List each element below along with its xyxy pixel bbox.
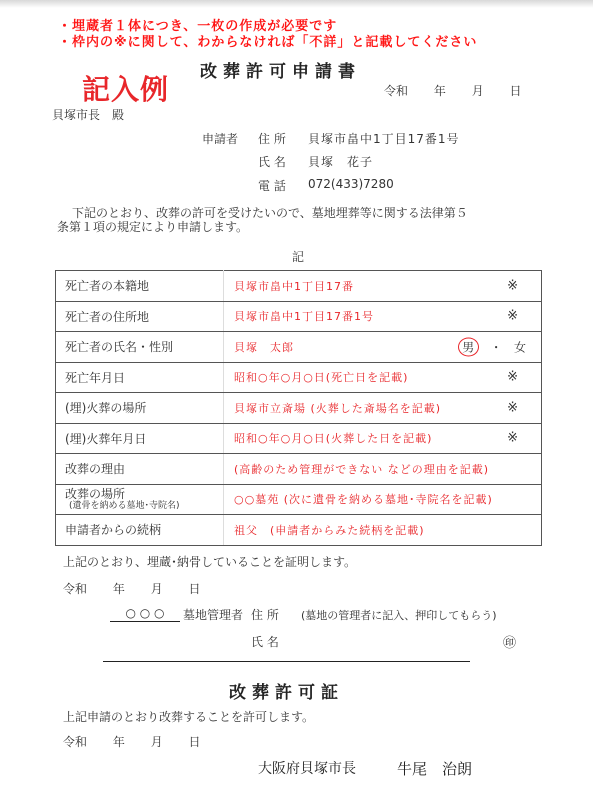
row-value: ○○墓苑 (次に遺骨を納める墓地･寺院名を記載) [224, 484, 542, 515]
date-year: 年 [113, 735, 125, 749]
date-year: 年 [113, 582, 125, 596]
gender-male-circled: 男 [458, 337, 479, 356]
row-value-text: 昭和○年○月○日(火葬した日を記載) [234, 432, 432, 445]
applicant-label: 申請者 [202, 130, 238, 147]
date-era: 令和 [63, 735, 87, 749]
ki-label: 記 [292, 248, 304, 265]
applicant-address: 貝塚市畠中1丁目17番1号 [308, 130, 460, 147]
unknown-mark: ※ [507, 278, 519, 293]
table-row: 死亡者の氏名・性別 貝塚 太郎 男 ・ 女 [56, 332, 542, 363]
permit-date: 令和 年 月 日 [63, 733, 201, 750]
addressee: 貝塚市長 殿 [52, 106, 124, 123]
row-label: 改葬の場所 (遺骨を納める墓地･寺院名) [56, 484, 224, 515]
cemetery-manager-label: 墓地管理者 [183, 606, 243, 623]
row-label: 死亡者の氏名・性別 [56, 332, 224, 363]
row-value-text: 貝塚市畠中1丁目17番1号 [234, 310, 374, 323]
seal-icon: ㊞ [503, 632, 516, 651]
row-label: (埋)火葬の場所 [56, 393, 224, 424]
row-value: 祖父 (申請者からみた続柄を記載) [224, 515, 542, 546]
applicant-name-label: 氏 名 [258, 153, 286, 170]
unknown-mark: ※ [507, 431, 519, 446]
mayor-name: 牛尾 治朗 [397, 758, 472, 779]
row-label: 死亡者の本籍地 [56, 271, 224, 302]
table-row: (埋)火葬の場所 貝塚市立斎場 (火葬した斎場名を記載)※ [56, 393, 542, 424]
table-row: 死亡年月日 昭和○年○月○日(死亡日を記載)※ [56, 362, 542, 393]
applicant-name: 貝塚 花子 [308, 153, 373, 170]
row-label-text: 改葬の場所 [65, 487, 125, 501]
signature-line [103, 661, 470, 662]
application-title: 改葬許可申請書 [200, 57, 361, 82]
permit-text: 上記申請のとおり改葬することを許可します。 [63, 708, 314, 725]
manager-address-note: (墓地の管理者に記入、押印してもらう) [301, 607, 497, 623]
row-label: 死亡年月日 [56, 362, 224, 393]
row-value: 貝塚市立斎場 (火葬した斎場名を記載)※ [224, 393, 542, 424]
application-details-table: 死亡者の本籍地 貝塚市畠中1丁目17番※ 死亡者の住所地 貝塚市畠中1丁目17番… [55, 270, 542, 546]
row-value: 貝塚市畠中1丁目17番※ [224, 271, 542, 302]
gender-selector: 男 ・ 女 [458, 337, 527, 356]
gender-female: 女 [514, 340, 527, 354]
row-label: (埋)火葬年月日 [56, 423, 224, 454]
notice-line-2: ・枠内の※に関して、わからなければ「不詳」と記載してください [58, 31, 477, 50]
date-day: 日 [189, 582, 201, 596]
certification-text: 上記のとおり、埋蔵･納骨していることを証明します。 [63, 553, 356, 570]
example-stamp: 記入例 [82, 68, 169, 108]
table-row: 改葬の理由 (高齢のため管理ができない などの理由を記載) [56, 454, 542, 485]
row-label: 死亡者の住所地 [56, 301, 224, 332]
gender-separator: ・ [490, 340, 503, 354]
unknown-mark: ※ [507, 400, 519, 415]
row-value: 昭和○年○月○日(死亡日を記載)※ [224, 362, 542, 393]
row-sublabel: (遺骨を納める墓地･寺院名) [69, 501, 223, 511]
row-value-text: 貝塚市畠中1丁目17番 [234, 280, 354, 293]
application-body-line-2: 条第１項の規定により申請します。 [57, 218, 248, 235]
row-value-text: 昭和○年○月○日(死亡日を記載) [234, 371, 408, 384]
row-label: 改葬の理由 [56, 454, 224, 485]
table-row: 改葬の場所 (遺骨を納める墓地･寺院名) ○○墓苑 (次に遺骨を納める墓地･寺院… [56, 484, 542, 515]
permit-title: 改葬許可証 [229, 678, 344, 703]
cemetery-name: ○ ○ ○ [110, 606, 180, 622]
row-value: 昭和○年○月○日(火葬した日を記載)※ [224, 423, 542, 454]
date-day: 日 [189, 735, 201, 749]
manager-address-label: 住 所 [251, 606, 279, 623]
row-value: (高齢のため管理ができない などの理由を記載) [224, 454, 542, 485]
table-row: 死亡者の本籍地 貝塚市畠中1丁目17番※ [56, 271, 542, 302]
applicant-address-label: 住 所 [258, 130, 286, 147]
row-label: 申請者からの続柄 [56, 515, 224, 546]
table-row: (埋)火葬年月日 昭和○年○月○日(火葬した日を記載)※ [56, 423, 542, 454]
unknown-mark: ※ [507, 370, 519, 385]
row-value: 貝塚市畠中1丁目17番1号※ [224, 301, 542, 332]
row-value-text: 貝塚 太郎 [234, 341, 294, 354]
table-row: 申請者からの続柄 祖父 (申請者からみた続柄を記載) [56, 515, 542, 546]
date-month: 月 [472, 84, 484, 98]
applicant-phone: 072(433)7280 [308, 177, 394, 191]
permit-issuer: 大阪府貝塚市長 [258, 758, 356, 778]
manager-name-label: 氏 名 [251, 633, 279, 650]
unknown-mark: ※ [507, 309, 519, 324]
row-value-text: 貝塚市立斎場 (火葬した斎場名を記載) [234, 402, 441, 415]
applicant-phone-label: 電 話 [258, 177, 286, 194]
date-era: 令和 [384, 84, 408, 98]
certification-date: 令和 年 月 日 [63, 580, 201, 597]
date-year: 年 [434, 84, 446, 98]
window-top-shadow [0, 0, 593, 8]
table-row: 死亡者の住所地 貝塚市畠中1丁目17番1号※ [56, 301, 542, 332]
date-day: 日 [510, 84, 522, 98]
date-era: 令和 [63, 582, 87, 596]
application-date: 令和 年 月 日 [384, 82, 522, 99]
date-month: 月 [151, 582, 163, 596]
row-value: 貝塚 太郎 男 ・ 女 [224, 332, 542, 363]
date-month: 月 [151, 735, 163, 749]
